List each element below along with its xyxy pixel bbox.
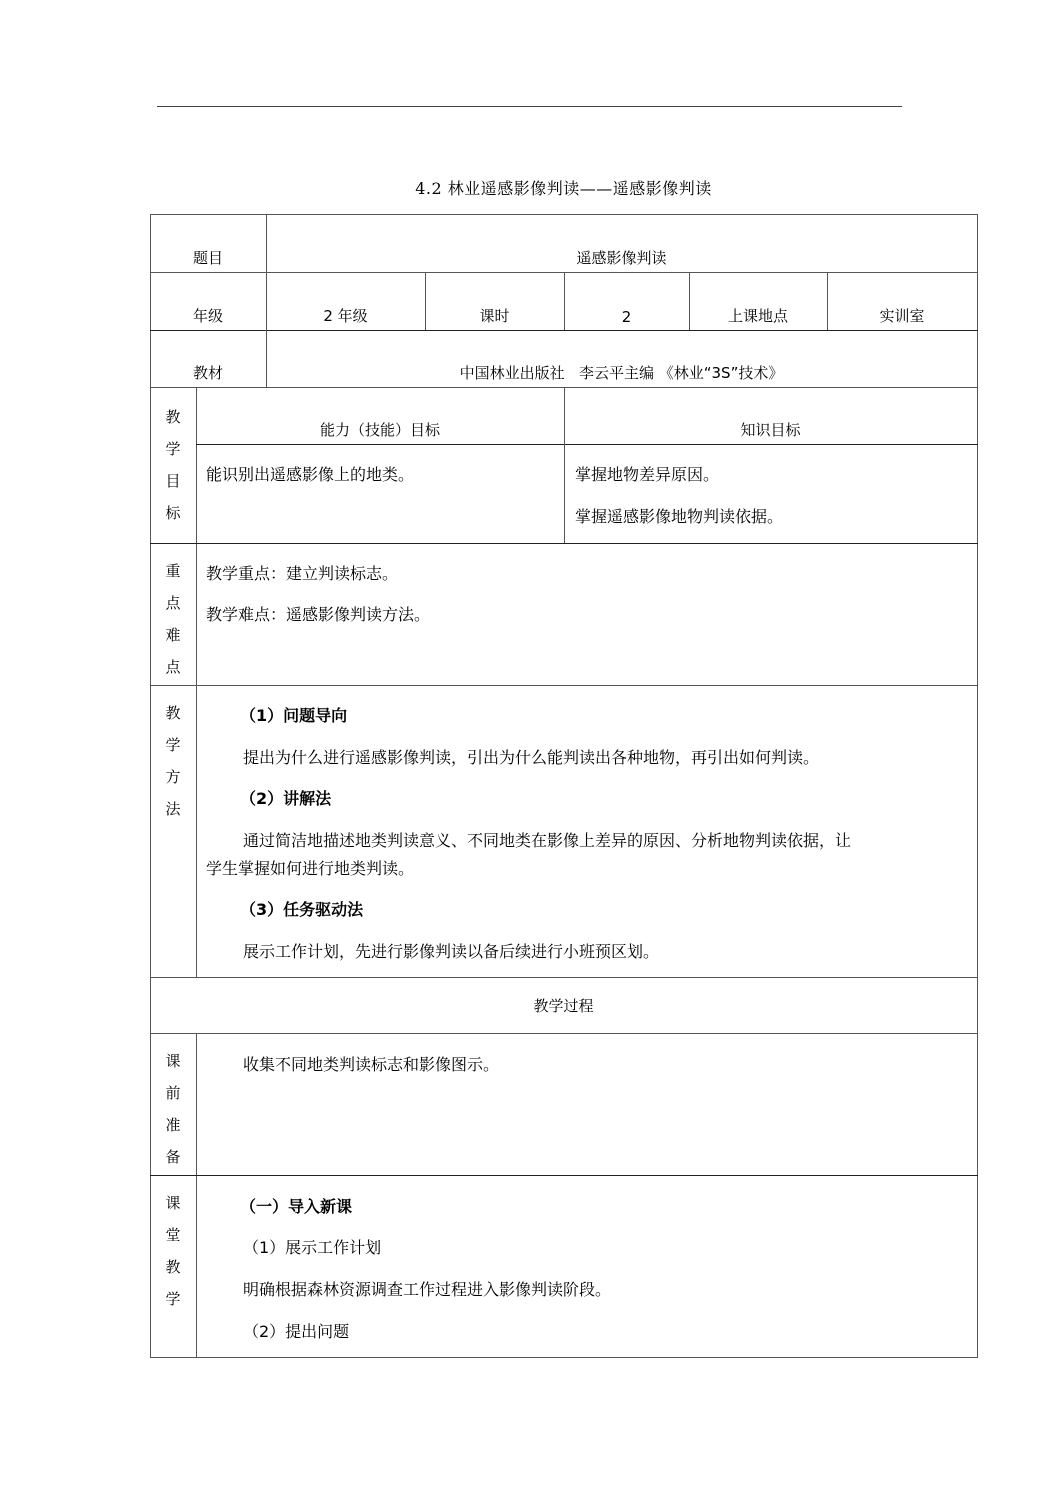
topic-label-cell: 题目 bbox=[150, 214, 266, 272]
methods-label: 教 学 方 法 bbox=[150, 685, 196, 977]
method-heading: （3）任务驱动法 bbox=[240, 897, 363, 920]
label-char: 重 bbox=[165, 561, 180, 582]
label-char: 标 bbox=[165, 503, 180, 524]
textbook-label-cell: 教材 bbox=[150, 330, 266, 387]
label-char: 备 bbox=[165, 1147, 180, 1168]
ability-header: 能力（技能）目标 bbox=[320, 419, 440, 440]
row-divider bbox=[150, 1033, 978, 1034]
textbook-value: 中国林业出版社 李云平主编 《林业“3S”技术》 bbox=[460, 362, 784, 383]
grade-label: 年级 bbox=[193, 305, 223, 326]
row-divider bbox=[196, 444, 978, 445]
topic-value-cell: 遥感影像判读 bbox=[266, 214, 977, 272]
classroom-label: 课 堂 教 学 bbox=[150, 1175, 196, 1357]
label-char: 堂 bbox=[165, 1225, 180, 1246]
label-char: 课 bbox=[165, 1051, 180, 1072]
ability-header-cell: 能力（技能）目标 bbox=[196, 387, 564, 444]
difficulty-item: 教学难点：遥感影像判读方法。 bbox=[206, 602, 430, 625]
label-char: 教 bbox=[165, 703, 180, 724]
label-char: 课 bbox=[165, 1193, 180, 1214]
method-body: 通过简洁地描述地类判读意义、不同地类在影像上差异的原因、分析地物判读依据，让 bbox=[243, 828, 851, 851]
classroom-line: （2）提出问题 bbox=[243, 1319, 349, 1342]
document-title: 4.2 林业遥感影像判读——遥感影像判读 bbox=[150, 176, 977, 199]
knowledge-item: 掌握地物差异原因。 bbox=[575, 462, 719, 485]
grade-label-cell: 年级 bbox=[150, 272, 266, 330]
col-divider bbox=[827, 272, 828, 330]
method-body: 学生掌握如何进行地类判读。 bbox=[206, 856, 414, 879]
label-char: 法 bbox=[165, 799, 180, 820]
label-char: 方 bbox=[165, 767, 180, 788]
label-char: 教 bbox=[165, 1257, 180, 1278]
classroom-line: 明确根据森林资源调查工作过程进入影像判读阶段。 bbox=[243, 1277, 611, 1300]
key-points-label: 重 点 难 点 bbox=[150, 543, 196, 685]
grade-value-cell: 2 年级 bbox=[266, 272, 425, 330]
label-char: 学 bbox=[165, 1289, 180, 1310]
hours-value: 2 bbox=[622, 308, 632, 326]
ability-item: 能识别出遥感影像上的地类。 bbox=[206, 462, 414, 485]
topic-value: 遥感影像判读 bbox=[576, 247, 666, 268]
preparation-text: 收集不同地类判读标志和影像图示。 bbox=[243, 1052, 499, 1075]
classroom-heading: （一）导入新课 bbox=[240, 1194, 352, 1217]
col-divider bbox=[266, 214, 267, 387]
header-rule bbox=[157, 106, 902, 107]
process-header-cell: 教学过程 bbox=[150, 977, 977, 1033]
col-divider bbox=[196, 387, 197, 977]
hours-label: 课时 bbox=[479, 305, 509, 326]
row-divider bbox=[150, 543, 978, 544]
label-char: 学 bbox=[165, 735, 180, 756]
method-heading: （1）问题导向 bbox=[240, 703, 347, 726]
location-value: 实训室 bbox=[879, 305, 924, 326]
key-point-item: 教学重点：建立判读标志。 bbox=[206, 561, 398, 584]
label-char: 前 bbox=[165, 1083, 180, 1104]
knowledge-header: 知识目标 bbox=[740, 419, 800, 440]
knowledge-header-cell: 知识目标 bbox=[564, 387, 977, 444]
col-divider bbox=[564, 387, 565, 543]
label-char: 点 bbox=[165, 657, 180, 678]
label-char: 学 bbox=[165, 439, 180, 460]
objectives-label: 教 学 目 标 bbox=[150, 387, 196, 543]
textbook-value-cell: 中国林业出版社 李云平主编 《林业“3S”技术》 bbox=[266, 330, 977, 387]
knowledge-item: 掌握遥感影像地物判读依据。 bbox=[575, 504, 783, 527]
hours-value-cell: 2 bbox=[564, 272, 689, 330]
hours-label-cell: 课时 bbox=[425, 272, 564, 330]
location-label-cell: 上课地点 bbox=[689, 272, 827, 330]
method-heading: （2）讲解法 bbox=[240, 786, 331, 809]
col-divider bbox=[564, 272, 565, 330]
classroom-line: （1）展示工作计划 bbox=[243, 1235, 381, 1258]
col-divider bbox=[425, 272, 426, 330]
row-divider bbox=[150, 685, 978, 686]
process-header: 教学过程 bbox=[533, 995, 593, 1016]
label-char: 目 bbox=[165, 471, 180, 492]
location-label: 上课地点 bbox=[728, 305, 788, 326]
textbook-label: 教材 bbox=[193, 362, 223, 383]
label-char: 准 bbox=[165, 1115, 180, 1136]
row-divider bbox=[150, 1175, 978, 1176]
topic-label: 题目 bbox=[193, 247, 223, 268]
grade-value: 2 年级 bbox=[323, 305, 367, 326]
preparation-label: 课 前 准 备 bbox=[150, 1033, 196, 1175]
location-value-cell: 实训室 bbox=[827, 272, 977, 330]
label-char: 难 bbox=[165, 625, 180, 646]
method-body: 提出为什么进行遥感影像判读，引出为什么能判读出各种地物，再引出如何判读。 bbox=[243, 745, 819, 768]
label-char: 教 bbox=[165, 407, 180, 428]
col-divider bbox=[689, 272, 690, 330]
col-divider bbox=[196, 1033, 197, 1358]
method-body: 展示工作计划，先进行影像判读以备后续进行小班预区划。 bbox=[243, 939, 659, 962]
label-char: 点 bbox=[165, 593, 180, 614]
